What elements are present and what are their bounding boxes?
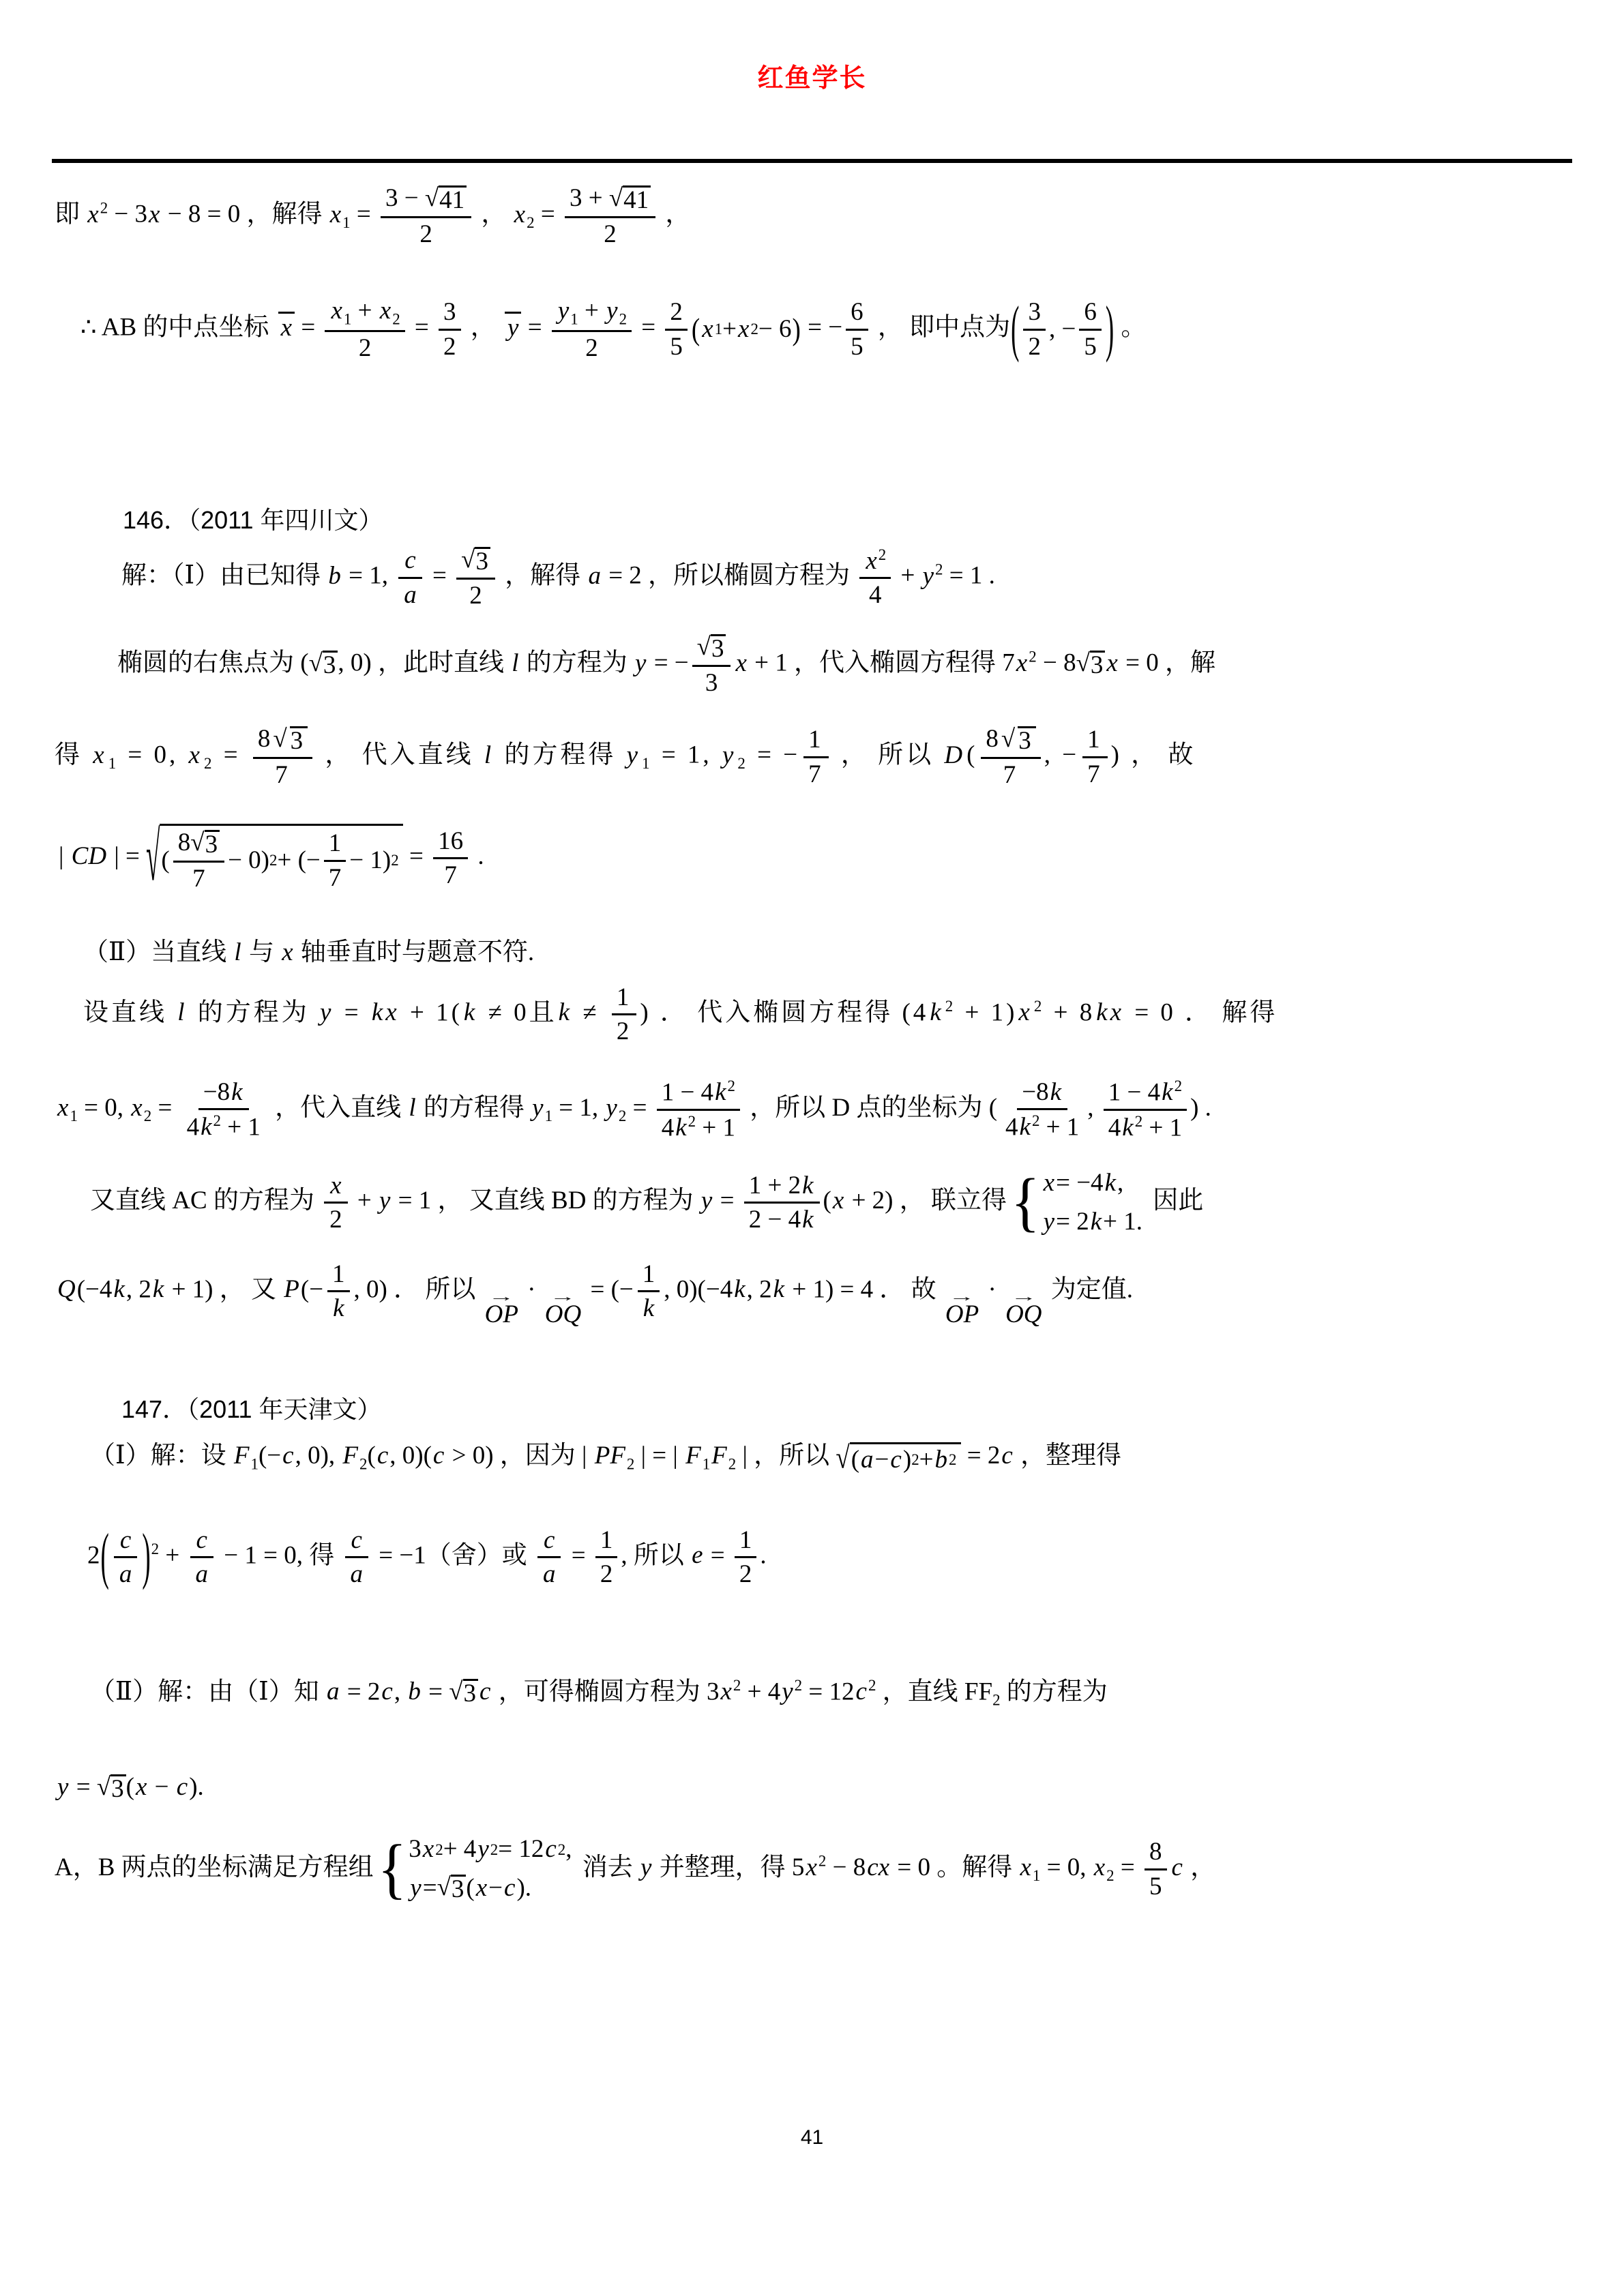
problem-147-heading: 147．（2011 年天津文） (121, 1394, 381, 1425)
solution-line: 解：（Ⅰ）由已知得 b = 1, ca = √32 ，解得 a = 2 ，所以椭… (121, 546, 995, 610)
solution-line: 设直线 l 的方程为 y = kx + 1(k ≠ 0且k ≠ 12) ． 代入… (83, 983, 1278, 1046)
header-rule (52, 159, 1572, 163)
solution-line: （Ⅰ）解：设 F1(−c, 0), F2(c, 0)(c > 0) ，因为 | … (90, 1440, 1121, 1474)
solution-line: ∴ AB 的中点坐标 x = x1 + x22 = 32 ， y = y1 + … (80, 297, 1146, 363)
solution-line: 得 x1 = 0, x2 = 8√37 ， 代入直线 l 的方程得 y1 = 1… (55, 725, 1196, 789)
page-number: 41 (0, 2125, 1624, 2151)
solution-line: （Ⅱ）当直线 l 与 x 轴垂直时与题意不符. (83, 937, 534, 968)
solution-line: | CD | = √(8√37 − 0)2 + (−17 − 1)2 = 167… (59, 824, 484, 893)
solution-line: （Ⅱ）解：由（Ⅰ）知 a = 2c, b = √3c ，可得椭圆方程为 3x2 … (90, 1676, 1108, 1710)
solution-line: y = √3(x − c). (56, 1772, 204, 1803)
solution-line: 又直线 AC 的方程为 x2 + y = 1 ， 又直线 BD 的方程为 y =… (90, 1169, 1203, 1236)
solution-line: 椭圆的右焦点为 (√3, 0) ，此时直线 l 的方程为 y = −√33x +… (117, 633, 1215, 697)
solution-line: x1 = 0, x2 = −8k4k2 + 1 ，代入直线 l 的方程得 y1 … (56, 1077, 1211, 1142)
solution-line: A，B 两点的坐标满足方程组{3x2 + 4y2 = 12c2,y = √3(x… (55, 1836, 1215, 1903)
document-page: 红鱼学长 即 x2 − 3x − 8 = 0 ，解得 x1 = 3 − √412… (0, 0, 1624, 2296)
solution-line: 2(ca)2 + ca − 1 = 0, 得 ca = −1（舍）或 ca = … (87, 1526, 767, 1589)
solution-line: Q(−4k, 2k + 1) ， 又 P(−1k, 0) ． 所以 →OP · … (56, 1260, 1133, 1327)
problem-146-heading: 146．（2011 年四川文） (123, 505, 383, 535)
solution-line: 即 x2 − 3x − 8 = 0 ，解得 x1 = 3 − √412 ， x2… (55, 184, 690, 248)
page-header-title: 红鱼学长 (0, 63, 1624, 95)
